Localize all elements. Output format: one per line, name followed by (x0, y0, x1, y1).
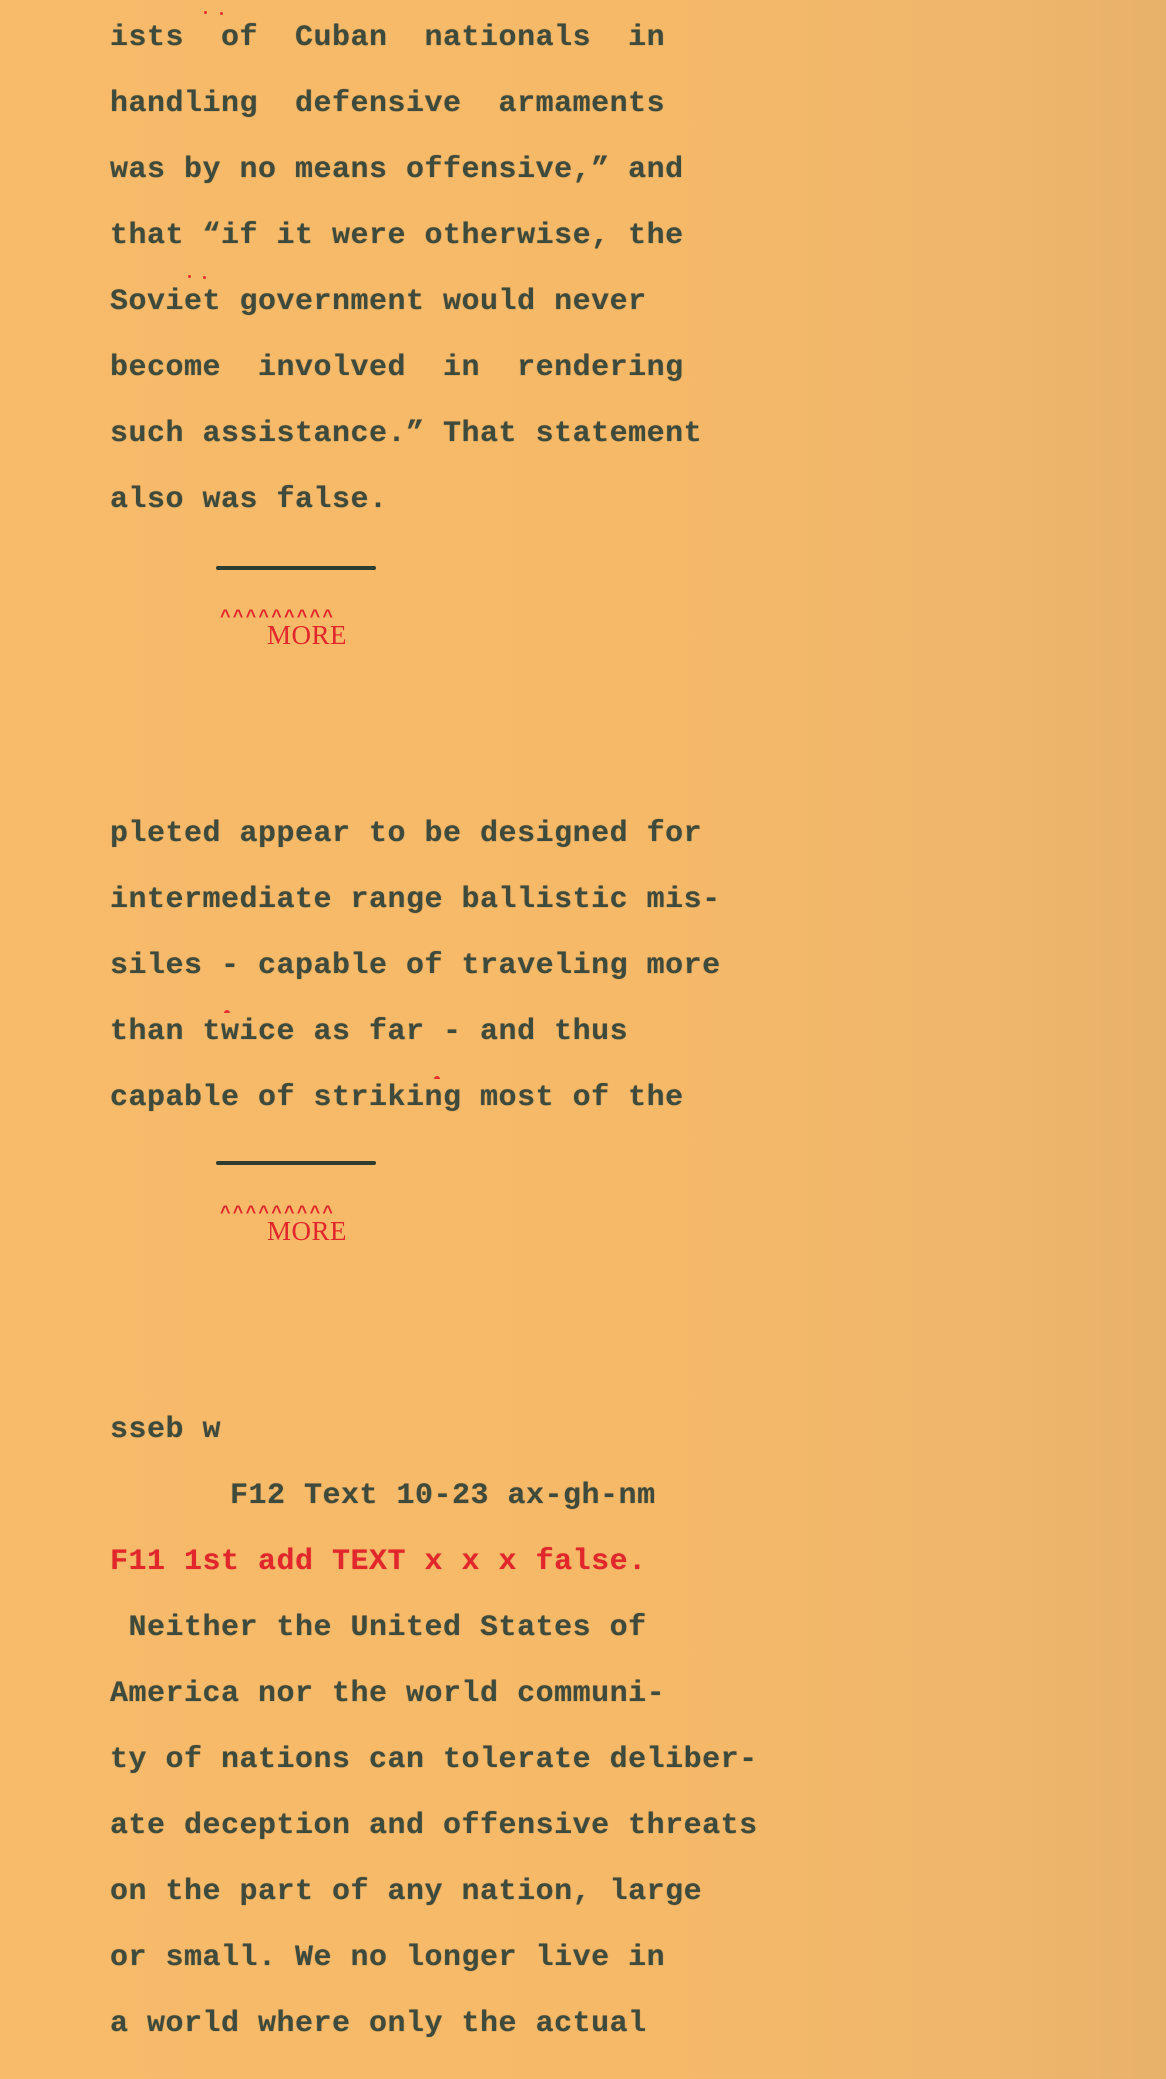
red-ink-speck (188, 275, 191, 278)
header-line: F12 Text 10-23 ax-gh-nm (230, 1478, 656, 1514)
red-caret-mark (224, 1010, 230, 1013)
text-line: America nor the world communi- (110, 1676, 665, 1712)
typewritten-page: ists of Cuban nationals in handling defe… (0, 0, 1166, 2079)
red-caret-mark (434, 1076, 440, 1079)
more-label: MORE (267, 1216, 347, 1246)
text-line: ists of Cuban nationals in (110, 20, 665, 56)
slug-line: sseb w (110, 1412, 221, 1448)
text-line: than twice as far - and thus (110, 1014, 628, 1050)
divider-rule (216, 566, 376, 570)
text-line: or small. We no longer live in (110, 1940, 665, 1976)
text-line: was by no means offensive,” and (110, 152, 684, 188)
text-line: a world where only the actual (110, 2006, 647, 2042)
text-line: Soviet government would never (110, 284, 647, 320)
text-line: that “if it were otherwise, the (110, 218, 684, 254)
add-line: F11 1st add TEXT x x x false. (110, 1544, 647, 1580)
divider-rule (216, 1161, 376, 1165)
text-line: siles - capable of traveling more (110, 948, 721, 984)
text-line: ty of nations can tolerate deliber- (110, 1742, 758, 1778)
red-ink-speck (220, 12, 223, 15)
more-label: MORE (267, 620, 347, 650)
text-line: become involved in rendering (110, 350, 684, 386)
text-line: capable of striking most of the (110, 1080, 684, 1116)
red-ink-speck (204, 11, 207, 14)
text-line: pleted appear to be designed for (110, 816, 702, 852)
text-line: intermediate range ballistic mis- (110, 882, 721, 918)
text-line: ate deception and offensive threats (110, 1808, 758, 1844)
red-ink-speck (203, 276, 206, 279)
text-line: handling defensive armaments (110, 86, 665, 122)
text-line: Neither the United States of (110, 1610, 647, 1646)
text-line: on the part of any nation, large (110, 1874, 702, 1910)
text-line: also was false. (110, 482, 388, 518)
text-line: such assistance.” That statement (110, 416, 702, 452)
